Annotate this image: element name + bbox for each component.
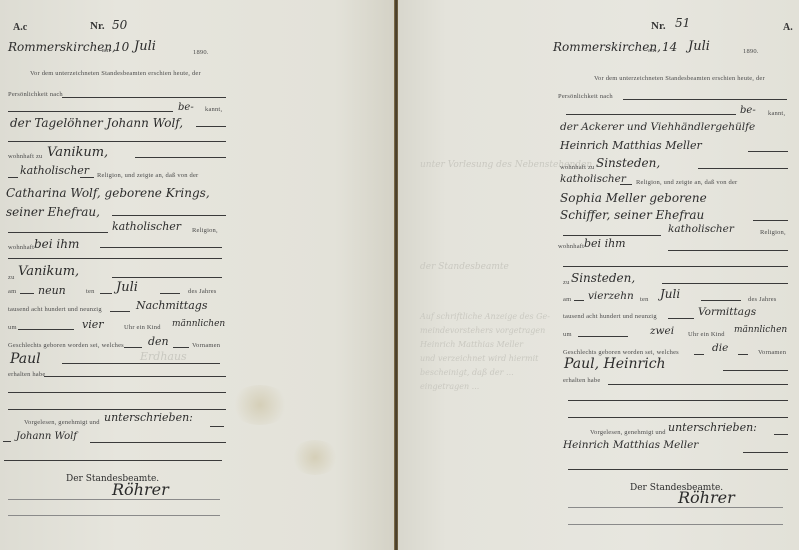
am-label: am xyxy=(8,288,16,295)
form-line xyxy=(210,426,224,427)
mother-religion-label: Religion, xyxy=(192,227,218,234)
birth-month: Juli xyxy=(660,287,680,301)
official-signature: Röhrer xyxy=(678,488,735,507)
bleed-through-text: Erdhaus xyxy=(140,350,187,363)
time-of-day: Nachmittags xyxy=(136,299,207,312)
vornamen-label: Vornamen xyxy=(192,342,220,349)
des-jahres: des Jahres xyxy=(188,288,217,295)
erhalten-label: erhalten habe xyxy=(563,377,600,384)
tausend-text: tausend acht hundert und neunzig xyxy=(563,313,657,320)
declarant-signature: Heinrich Matthias Meller xyxy=(563,439,698,451)
birth-day-words: vierzehn xyxy=(588,290,634,302)
form-line xyxy=(723,370,788,371)
am-label: am xyxy=(102,47,110,54)
form-line xyxy=(110,311,130,312)
year: 1890. xyxy=(743,48,759,55)
bleed-through-text: der Standesbeamte xyxy=(420,262,509,272)
mother-wohnhaft-label: wohnhaft xyxy=(558,243,584,250)
child-sex: männlichen xyxy=(734,325,787,335)
form-line xyxy=(80,177,94,178)
year: 1890. xyxy=(193,49,209,56)
form-line xyxy=(135,157,226,158)
form-line xyxy=(568,400,788,401)
zu-label: zu xyxy=(563,279,570,286)
welches-value: den xyxy=(148,335,169,348)
form-line xyxy=(18,329,74,330)
form-line xyxy=(574,300,584,301)
birth-hour: zwei xyxy=(650,325,674,337)
form-line xyxy=(701,300,741,301)
declarant-line-1: der Ackerer und Viehhändlergehülfe xyxy=(560,121,755,133)
child-sex: männlichen xyxy=(172,319,225,329)
declarant: der Tagelöhner Johann Wolf, xyxy=(10,116,183,130)
form-line xyxy=(62,363,220,364)
persoenlichkeit-label: Persönlichkeit nach xyxy=(8,91,63,98)
form-line xyxy=(568,417,788,418)
vorgelesen-text: Vorgelesen, genehmigt und xyxy=(590,429,666,436)
geschlechts-text: Geschlechts geboren worden sei, welches xyxy=(8,342,124,349)
zu-label: zu xyxy=(8,274,15,281)
declarant-line-2: Heinrich Matthias Meller xyxy=(560,139,702,152)
mother-religion-label: Religion, xyxy=(760,229,786,236)
register-marker: A.c xyxy=(13,22,27,33)
form-line xyxy=(738,354,748,355)
mother-religion: katholischer xyxy=(112,220,181,233)
bekannt-print: kannt, xyxy=(205,106,222,113)
record-number: 51 xyxy=(675,16,690,30)
paper-stain xyxy=(290,440,340,475)
mother-residence: bei ihm xyxy=(34,237,79,251)
place: Rommerskirchen, xyxy=(8,40,116,54)
ten-label: ten xyxy=(86,288,95,295)
unterschrieben: unterschrieben: xyxy=(668,421,757,434)
um-label: um xyxy=(8,324,17,331)
month: Juli xyxy=(688,39,710,54)
form-line xyxy=(8,232,108,233)
religion-text: Religion, und zeigte an, daß von der xyxy=(97,172,198,179)
intro-text: Vor dem unterzeichneten Standesbeamten e… xyxy=(594,75,765,82)
tausend-text: tausend acht hundert und neunzig xyxy=(8,306,102,313)
religion: katholischer xyxy=(560,173,626,185)
uhr-text: Uhr ein Kind xyxy=(688,331,725,338)
form-line xyxy=(8,258,222,259)
form-line xyxy=(8,141,226,142)
form-line xyxy=(668,318,694,319)
form-line xyxy=(196,126,226,127)
wohnhaft-label: wohnhaft zu xyxy=(8,153,43,160)
persoenlichkeit-label: Persönlichkeit nach xyxy=(558,93,613,100)
form-line xyxy=(100,247,222,248)
place: Rommerskirchen, xyxy=(553,40,661,54)
form-line xyxy=(623,99,787,100)
mother-line-2: seiner Ehefrau, xyxy=(6,205,100,219)
erhalten-label: erhalten habe xyxy=(8,371,45,378)
form-line xyxy=(8,515,220,516)
religion-text: Religion, und zeigte an, daß von der xyxy=(636,179,737,186)
form-line xyxy=(662,283,788,284)
right-page: unter Vorlesung des Nebenstehenden der S… xyxy=(398,0,799,550)
mother-residence: bei ihm xyxy=(584,237,626,250)
birth-hour: vier xyxy=(82,318,104,331)
record-number-label: Nr. xyxy=(651,20,666,32)
vorgelesen-text: Vorgelesen, genehmigt und xyxy=(24,419,100,426)
form-line xyxy=(608,384,788,385)
declarant-signature: Johann Wolf xyxy=(16,431,77,442)
birth-place: Vanikum, xyxy=(18,264,79,279)
form-line xyxy=(753,220,788,221)
mother-line-1: Sophia Meller geborene xyxy=(560,191,707,205)
form-line xyxy=(112,277,222,278)
form-line xyxy=(112,215,226,216)
form-line xyxy=(8,111,173,112)
official-signature: Röhrer xyxy=(112,480,169,499)
am-label: am xyxy=(648,47,656,54)
form-line xyxy=(20,293,34,294)
form-line xyxy=(100,293,112,294)
form-line xyxy=(743,452,788,453)
form-line xyxy=(748,151,788,152)
form-line xyxy=(568,524,783,525)
residence: Sinsteden, xyxy=(596,156,660,170)
form-line xyxy=(124,347,142,348)
form-line xyxy=(698,168,788,169)
residence: Vanikum, xyxy=(47,145,108,160)
ten-label: ten xyxy=(640,296,649,303)
month: Juli xyxy=(134,39,156,54)
form-line xyxy=(694,354,704,355)
time-of-day: Vormittags xyxy=(698,306,756,318)
bekannt-print: kannt, xyxy=(768,110,785,117)
form-line xyxy=(578,336,628,337)
bleed-through-text: Auf schriftliche Anzeige des Ge- meindev… xyxy=(420,310,550,394)
bekannt-hand: be- xyxy=(178,102,194,113)
form-line xyxy=(160,293,180,294)
form-line xyxy=(563,266,788,267)
birth-place: Sinsteden, xyxy=(571,271,635,285)
form-line xyxy=(173,347,189,348)
religion: katholischer xyxy=(20,164,89,177)
mother-line-1: Catharina Wolf, geborene Krings, xyxy=(6,186,210,200)
welches-value: die xyxy=(712,342,728,354)
mother-religion: katholischer xyxy=(668,223,734,235)
form-line xyxy=(774,434,788,435)
form-line xyxy=(3,441,11,442)
am-label: am xyxy=(563,296,571,303)
form-line xyxy=(620,184,632,185)
day: 14 xyxy=(662,40,677,54)
child-name: Paul xyxy=(10,351,41,367)
unterschrieben: unterschrieben: xyxy=(104,411,193,424)
form-line xyxy=(8,392,226,393)
register-marker: A. xyxy=(783,22,793,33)
form-line xyxy=(8,499,220,500)
record-number-label: Nr. xyxy=(90,20,105,32)
um-label: um xyxy=(563,331,572,338)
uhr-text: Uhr ein Kind xyxy=(124,324,161,331)
left-page: A.c Nr. 50 Rommerskirchen, am 10 Juli 18… xyxy=(0,0,394,550)
form-line xyxy=(568,469,788,470)
mother-wohnhaft-label: wohnhaft xyxy=(8,244,34,251)
form-line xyxy=(8,177,18,178)
form-line xyxy=(4,460,222,461)
form-line xyxy=(566,114,736,115)
day: 10 xyxy=(114,40,129,54)
form-line xyxy=(568,507,783,508)
form-line xyxy=(62,97,226,98)
intro-text: Vor dem unterzeichneten Standesbeamten e… xyxy=(30,70,201,77)
mother-line-2: Schiffer, seiner Ehefrau xyxy=(560,208,704,222)
form-line xyxy=(90,442,226,443)
form-line xyxy=(44,376,226,377)
birth-month: Juli xyxy=(116,280,138,295)
child-name: Paul, Heinrich xyxy=(564,356,666,372)
geschlechts-text: Geschlechts geboren worden sei, welches xyxy=(563,349,679,356)
wohnhaft-label: wohnhaft zu xyxy=(560,164,595,171)
bekannt-hand: be- xyxy=(740,105,756,116)
form-line xyxy=(668,250,788,251)
des-jahres: des Jahres xyxy=(748,296,777,303)
paper-stain xyxy=(230,385,290,425)
birth-day-words: neun xyxy=(38,284,66,297)
vornamen-label: Vornamen xyxy=(758,349,786,356)
record-number: 50 xyxy=(112,18,127,32)
